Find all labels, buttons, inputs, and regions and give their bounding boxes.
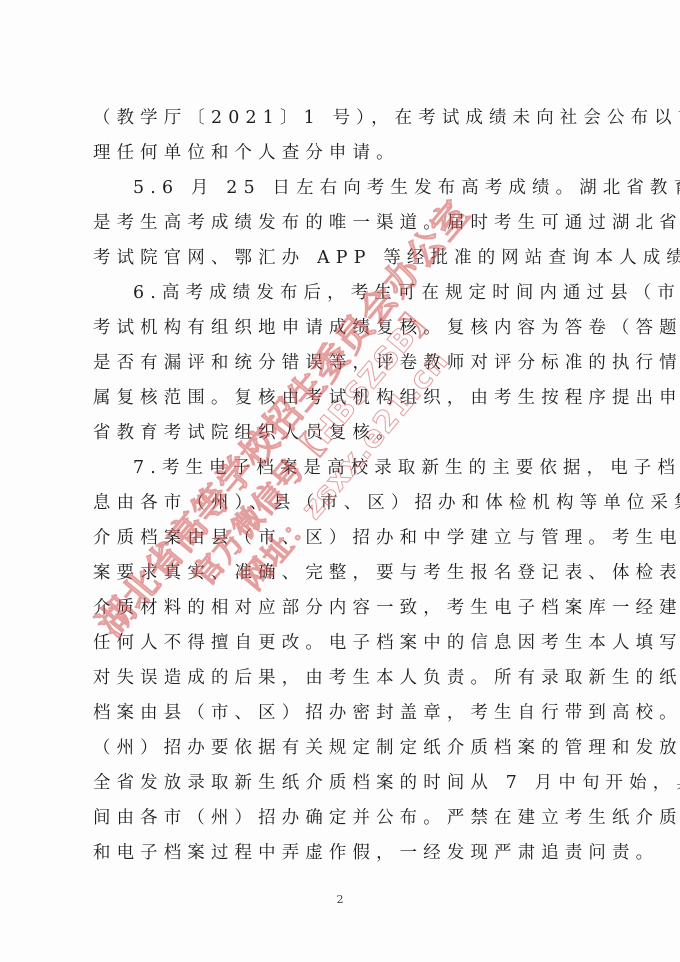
text-line: （教学厅〔2021〕1 号），在考试成绩未向社会公布以前，不受 [93, 101, 590, 136]
text-line: 全省发放录取新生纸介质档案的时间从 7 月中旬开始，具体时 [93, 766, 590, 801]
text-line: 属复核范围。复核由考试机构组织，由考生按程序提出申请， [93, 381, 590, 416]
text-line: 对失误造成的后果，由考生本人负责。所有录取新生的纸介质 [93, 661, 590, 696]
text-line: 和电子档案过程中弄虚作假，一经发现严肃追责问责。 [93, 836, 590, 871]
text-line: 5.6 月 25 日左右向考生发布高考成绩。湖北省教育考试院 [93, 171, 590, 206]
document-page: （教学厅〔2021〕1 号），在考试成绩未向社会公布以前，不受 理任何单位和个人… [0, 0, 680, 962]
text-line: 间由各市（州）招办确定并公布。严禁在建立考生纸介质档案 [93, 801, 590, 836]
text-line: 考试院官网、鄂汇办 APP 等经批准的网站查询本人成绩。 [93, 241, 590, 276]
text-line: 7.考生电子档案是高校录取新生的主要依据，电子档案信 [93, 451, 590, 486]
text-line: 是否有漏评和统分错误等，评卷教师对评分标准的执行情况不 [93, 346, 590, 381]
document-body: （教学厅〔2021〕1 号），在考试成绩未向社会公布以前，不受 理任何单位和个人… [93, 101, 590, 871]
text-line: 省教育考试院组织人员复核。 [93, 416, 590, 451]
text-line: 介质材料的相对应部分内容一致，考生电子档案库一经建立， [93, 591, 590, 626]
text-line: 考试机构有组织地申请成绩复核。复核内容为答卷（答题卡） [93, 311, 590, 346]
text-line: 任何人不得擅自更改。电子档案中的信息因考生本人填写或校 [93, 626, 590, 661]
page-number: 2 [0, 893, 680, 906]
text-line: 档案由县（市、区）招办密封盖章，考生自行带到高校。各市 [93, 696, 590, 731]
text-line: 6.高考成绩发布后，考生可在规定时间内通过县（市、区） [93, 276, 590, 311]
text-line: 是考生高考成绩发布的唯一渠道。届时考生可通过湖北省教育 [93, 206, 590, 241]
text-line: 息由各市（州）、县（市、区）招办和体检机构等单位采集，纸 [93, 486, 590, 521]
text-line: 理任何单位和个人查分申请。 [93, 136, 590, 171]
text-line: （州）招办要依据有关规定制定纸介质档案的管理和发放办法。 [93, 731, 590, 766]
text-line: 案要求真实、准确、完整，要与考生报名登记表、体检表等纸 [93, 556, 590, 591]
text-line: 介质档案由县（市、区）招办和中学建立与管理。考生电子档 [93, 521, 590, 556]
